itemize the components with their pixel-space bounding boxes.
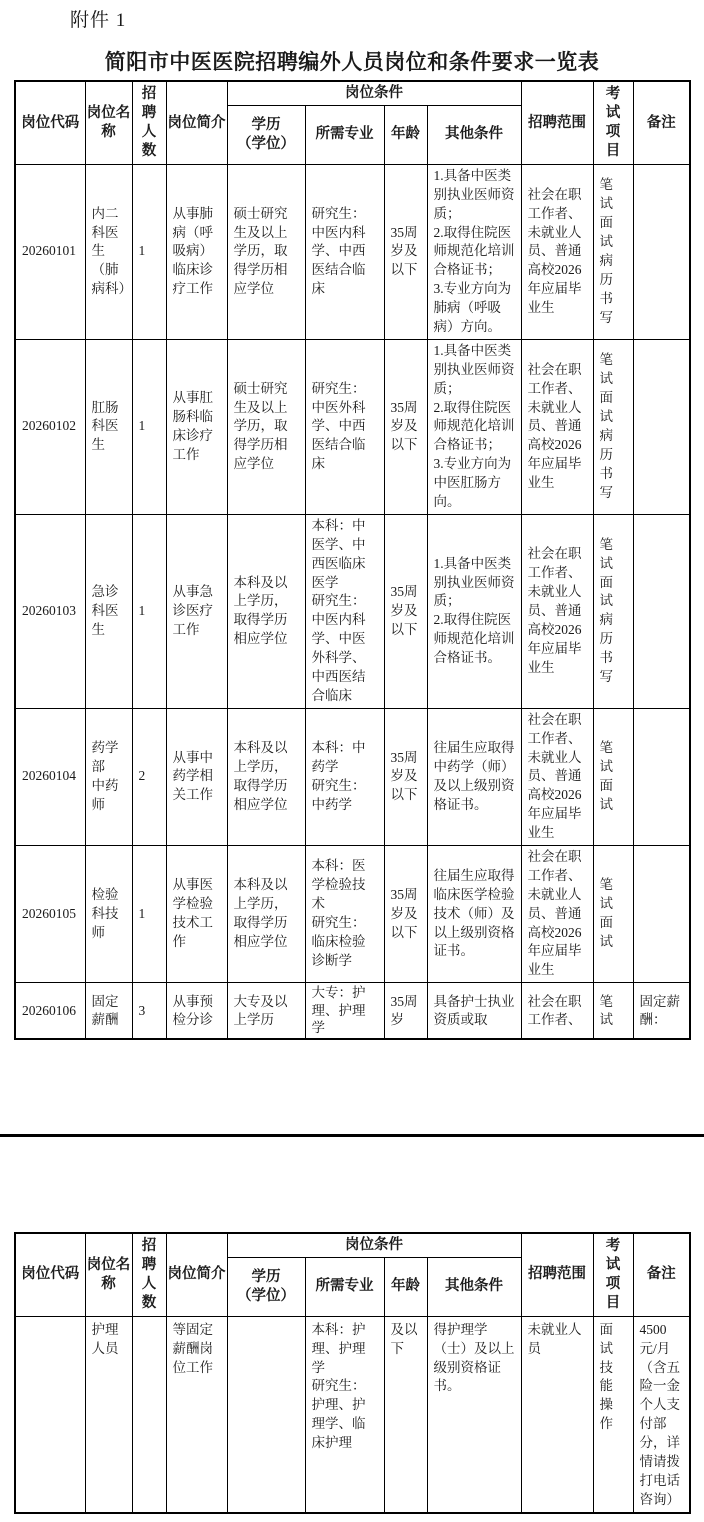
cell-education	[227, 1316, 305, 1512]
cell-scope: 社会在职工作者、未就业人员、普通高校2026年应届毕业生	[521, 164, 593, 339]
cell-other: 得护理学（士）及以上级别资格证书。	[427, 1316, 521, 1512]
col-header-remark: 备注	[633, 81, 690, 164]
cell-code: 20260106	[15, 983, 85, 1039]
cell-code: 20260102	[15, 339, 85, 514]
cell-major: 本科：中药学 研究生：中药学	[305, 708, 384, 845]
col-header-exam: 考 试 项 目	[593, 1233, 633, 1316]
cell-remark	[633, 846, 690, 983]
col-header-count: 招 聘 人 数	[132, 81, 166, 164]
cell-remark	[633, 339, 690, 514]
cell-remark	[633, 164, 690, 339]
cell-scope: 社会在职工作者、未就业人员、普通高校2026年应届毕业生	[521, 708, 593, 845]
cell-major: 本科：中医学、中西医临床医学 研究生：中医内科学、中医外科学、中西医结合临床	[305, 514, 384, 708]
cell-code: 20260105	[15, 846, 85, 983]
cell-education: 本科及以上学历，取得学历相应学位	[227, 708, 305, 845]
cell-intro: 从事急诊医疗工作	[166, 514, 227, 708]
col-header-other: 其他条件	[427, 1257, 521, 1316]
col-header-education: 学历 （学位）	[227, 105, 305, 164]
cell-other: 1.具备中医类别执业医师资质； 2.取得住院医师规范化培训合格证书； 3.专业方…	[427, 164, 521, 339]
cell-scope: 社会在职工作者、未就业人员、普通高校2026年应届毕业生	[521, 339, 593, 514]
col-header-education: 学历 （学位）	[227, 1257, 305, 1316]
cell-other: 具备护士执业资质或取	[427, 983, 521, 1039]
cell-scope: 未就业人员	[521, 1316, 593, 1512]
page-break-divider	[0, 1134, 704, 1137]
table-row: 20260102 肛肠科医生 1 从事肛肠科临床诊疗工作 硕士研究生及以上学历，…	[15, 339, 690, 514]
cell-age: 35周岁	[384, 983, 427, 1039]
cell-major: 大专：护理、护理学	[305, 983, 384, 1039]
cell-education: 大专及以上学历	[227, 983, 305, 1039]
cell-code	[15, 1316, 85, 1512]
page-title: 简阳市中医医院招聘编外人员岗位和条件要求一览表	[0, 46, 704, 76]
cell-intro: 从事医学检验技术工作	[166, 846, 227, 983]
cell-age: 及以下	[384, 1316, 427, 1512]
col-header-scope: 招聘范围	[521, 1233, 593, 1316]
col-header-code: 岗位代码	[15, 81, 85, 164]
cell-exam: 笔 试 面 试	[593, 708, 633, 845]
cell-age: 35周岁及以下	[384, 339, 427, 514]
col-header-scope: 招聘范围	[521, 81, 593, 164]
cell-education: 本科及以上学历，取得学历相应学位	[227, 846, 305, 983]
header-row-top: 岗位代码 岗位名称 招 聘 人 数 岗位简介 岗位条件 招聘范围 考 试 项 目…	[15, 81, 690, 105]
cell-other: 1.具备中医类别执业医师资质； 2.取得住院医师规范化培训合格证书。	[427, 514, 521, 708]
recruitment-table-page1: 岗位代码 岗位名称 招 聘 人 数 岗位简介 岗位条件 招聘范围 考 试 项 目…	[14, 80, 691, 1040]
cell-count: 3	[132, 983, 166, 1039]
cell-age: 35周岁及以下	[384, 846, 427, 983]
cell-name: 内二科医生 （肺病科）	[85, 164, 132, 339]
col-header-other: 其他条件	[427, 105, 521, 164]
table-header: 岗位代码 岗位名称 招 聘 人 数 岗位简介 岗位条件 招聘范围 考 试 项 目…	[15, 81, 690, 164]
cell-exam: 笔 试 面 试 病 历 书 写	[593, 339, 633, 514]
cell-remark: 固定薪酬：	[633, 983, 690, 1039]
cell-count: 1	[132, 339, 166, 514]
recruitment-table-page2: 岗位代码 岗位名称 招 聘 人 数 岗位简介 岗位条件 招聘范围 考 试 项 目…	[14, 1232, 691, 1514]
cell-exam: 笔 试 面 试 病 历 书 写	[593, 514, 633, 708]
cell-name: 固定薪酬	[85, 983, 132, 1039]
cell-name: 护理人员	[85, 1316, 132, 1512]
col-header-exam: 考 试 项 目	[593, 81, 633, 164]
table-row: 20260103 急诊科医生 1 从事急诊医疗工作 本科及以上学历，取得学历相应…	[15, 514, 690, 708]
col-header-count: 招 聘 人 数	[132, 1233, 166, 1316]
col-header-name: 岗位名称	[85, 81, 132, 164]
cell-intro: 从事预检分诊	[166, 983, 227, 1039]
table-row: 20260104 药学部 中药师 2 从事中药学相关工作 本科及以上学历，取得学…	[15, 708, 690, 845]
attachment-label: 附件 1	[70, 8, 704, 34]
col-header-intro: 岗位简介	[166, 1233, 227, 1316]
cell-scope: 社会在职工作者、	[521, 983, 593, 1039]
cell-intro: 等固定薪酬岗位工作	[166, 1316, 227, 1512]
col-header-age: 年龄	[384, 105, 427, 164]
cell-age: 35周岁及以下	[384, 164, 427, 339]
cell-education: 硕士研究生及以上学历，取得学历相应学位	[227, 339, 305, 514]
cell-major: 研究生：中医外科学、中西医结合临床	[305, 339, 384, 514]
cell-count: 1	[132, 846, 166, 983]
cell-remark	[633, 708, 690, 845]
cell-count: 2	[132, 708, 166, 845]
document-page: 附件 1 简阳市中医医院招聘编外人员岗位和条件要求一览表 岗位代码 岗位名称 招…	[0, 0, 704, 1522]
cell-major: 研究生：中医内科学、中西医结合临床	[305, 164, 384, 339]
cell-age: 35周岁及以下	[384, 514, 427, 708]
table-header: 岗位代码 岗位名称 招 聘 人 数 岗位简介 岗位条件 招聘范围 考 试 项 目…	[15, 1233, 690, 1316]
cell-education: 硕士研究生及以上学历，取得学历相应学位	[227, 164, 305, 339]
cell-exam: 笔 试	[593, 983, 633, 1039]
header-row-top: 岗位代码 岗位名称 招 聘 人 数 岗位简介 岗位条件 招聘范围 考 试 项 目…	[15, 1233, 690, 1257]
cell-name: 药学部 中药师	[85, 708, 132, 845]
table-row: 20260106 固定薪酬 3 从事预检分诊 大专及以上学历 大专：护理、护理学…	[15, 983, 690, 1039]
cell-code: 20260101	[15, 164, 85, 339]
bottom-margin	[0, 1514, 704, 1522]
cell-count: 1	[132, 514, 166, 708]
cell-code: 20260104	[15, 708, 85, 845]
cell-major: 本科：医学检验技术 研究生：临床检验诊断学	[305, 846, 384, 983]
cell-other: 1.具备中医类别执业医师资质； 2.取得住院医师规范化培训合格证书； 3.专业方…	[427, 339, 521, 514]
cell-intro: 从事肺病（呼吸病）临床诊疗工作	[166, 164, 227, 339]
col-header-intro: 岗位简介	[166, 81, 227, 164]
table-row: 20260101 内二科医生 （肺病科） 1 从事肺病（呼吸病）临床诊疗工作 硕…	[15, 164, 690, 339]
cell-name: 急诊科医生	[85, 514, 132, 708]
cell-age: 35周岁及以下	[384, 708, 427, 845]
cell-other: 往届生应取得临床医学检验技术（师）及以上级别资格证书。	[427, 846, 521, 983]
cell-name: 检验科技师	[85, 846, 132, 983]
cell-other: 往届生应取得中药学（师）及以上级别资格证书。	[427, 708, 521, 845]
cell-exam: 面 试 技 能 操 作	[593, 1316, 633, 1512]
cell-exam: 笔 试 面 试 病 历 书 写	[593, 164, 633, 339]
cell-major: 本科：护理、护理学 研究生：护理、护理学、临床护理	[305, 1316, 384, 1512]
col-header-remark: 备注	[633, 1233, 690, 1316]
cell-scope: 社会在职工作者、未就业人员、普通高校2026年应届毕业生	[521, 846, 593, 983]
cell-remark: 4500 元/月（含五险一金个人支付部分，详情请拨打电话咨询）	[633, 1316, 690, 1512]
cell-intro: 从事中药学相关工作	[166, 708, 227, 845]
cell-name: 肛肠科医生	[85, 339, 132, 514]
col-header-major: 所需专业	[305, 1257, 384, 1316]
cell-count: 1	[132, 164, 166, 339]
table-row: 20260105 检验科技师 1 从事医学检验技术工作 本科及以上学历，取得学历…	[15, 846, 690, 983]
cell-scope: 社会在职工作者、未就业人员、普通高校2026年应届毕业生	[521, 514, 593, 708]
cell-count	[132, 1316, 166, 1512]
cell-remark	[633, 514, 690, 708]
col-header-major: 所需专业	[305, 105, 384, 164]
col-header-conditions: 岗位条件	[227, 81, 521, 105]
col-header-age: 年龄	[384, 1257, 427, 1316]
cell-education: 本科及以上学历，取得学历相应学位	[227, 514, 305, 708]
table-row: 护理人员 等固定薪酬岗位工作 本科：护理、护理学 研究生：护理、护理学、临床护理…	[15, 1316, 690, 1512]
col-header-conditions: 岗位条件	[227, 1233, 521, 1257]
cell-exam: 笔 试 面 试	[593, 846, 633, 983]
col-header-code: 岗位代码	[15, 1233, 85, 1316]
cell-intro: 从事肛肠科临床诊疗工作	[166, 339, 227, 514]
cell-code: 20260103	[15, 514, 85, 708]
col-header-name: 岗位名称	[85, 1233, 132, 1316]
